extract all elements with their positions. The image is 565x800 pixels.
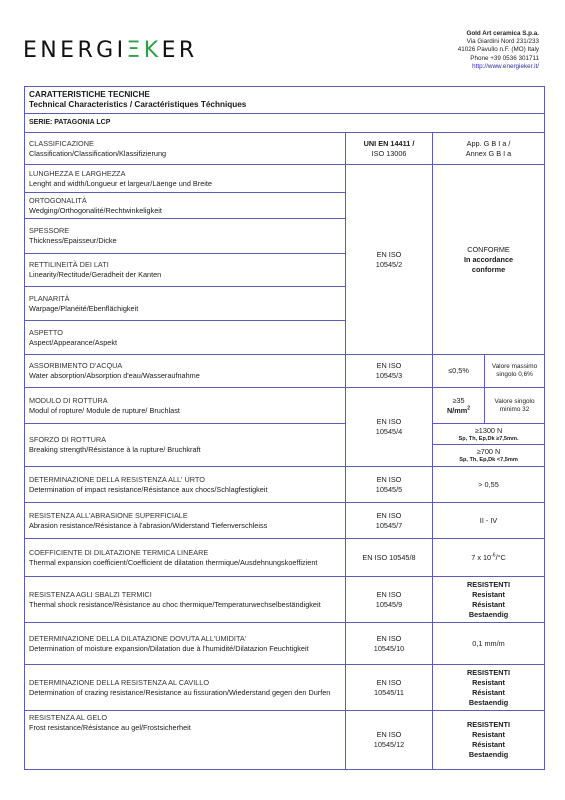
value-cell: RESISTENTIResistantRésistantBestaendig — [433, 577, 545, 623]
title-it: CARATTERISTICHE TECNICHE — [29, 90, 540, 101]
norm-cell: EN ISO10545/2 — [346, 165, 433, 355]
value-cell: II - IV — [433, 503, 545, 539]
logo-accent: ΞK — [126, 38, 161, 63]
company-phone: Phone +39 0536 301711 — [458, 55, 539, 63]
table-row: ASSORBIMENTO D'ACQUAWater absorption/Abs… — [25, 355, 545, 388]
value-cell: ≤0,5% — [433, 355, 485, 388]
table-row: CLASSIFICAZIONEClassification/Classifica… — [25, 133, 545, 165]
note-cell: Valore singolo minimo 32 — [485, 388, 545, 424]
property-cell: MODULO DI ROTTURAModul of ropture/ Modul… — [25, 388, 346, 424]
property-cell: RETTILINEITÀ DEI LATILinearity/Rectitude… — [25, 254, 346, 287]
norm-cell: EN ISO10545/12 — [346, 711, 433, 770]
value-cell: ≥35N/mm2 — [433, 388, 485, 424]
norm-cell: UNI EN 14411 /ISO 13006 — [346, 133, 433, 165]
table-title: CARATTERISTICHE TECNICHE Technical Chara… — [25, 87, 545, 114]
property-cell: CLASSIFICAZIONEClassification/Classifica… — [25, 133, 346, 165]
property-cell: LUNGHEZZA E LARGHEZZALenght and width/Lo… — [25, 165, 346, 193]
table-row: RESISTENZA AL GELOFrost resistance/Résis… — [25, 711, 545, 770]
table-row: SFORZO DI ROTTURABreaking strength/Résis… — [25, 424, 545, 445]
norm-cell: EN ISO10545/10 — [346, 623, 433, 665]
table-row: LUNGHEZZA E LARGHEZZALenght and width/Lo… — [25, 165, 545, 193]
property-cell: ASPETTOAspect/Appearance/Aspekt — [25, 321, 346, 355]
logo-text-suffix: ER — [162, 38, 198, 63]
norm-cell: EN ISO10545/3 — [346, 355, 433, 388]
value-cell: RESISTENTIResistantRésistantBestaendig — [433, 665, 545, 711]
value-cell: CONFORME In accordance conforme — [433, 165, 545, 355]
property-cell: RESISTENZA AGLI SBALZI TERMICIThermal sh… — [25, 577, 346, 623]
norm-cell: EN ISO10545/11 — [346, 665, 433, 711]
property-cell: PLANARITÀWarpage/Planéité/Ebenflächigkei… — [25, 287, 346, 321]
company-city: 41026 Pavullo n.F. (MO) Italy — [458, 46, 539, 54]
norm-cell: EN ISO10545/7 — [346, 503, 433, 539]
table-row: RESISTENZA ALL'ABRASIONE SUPERFICIALEAbr… — [25, 503, 545, 539]
property-cell: RESISTENZA AL GELOFrost resistance/Résis… — [25, 711, 346, 770]
table-row: DETERMINAZIONE DELLA RESISTENZA AL CAVIL… — [25, 665, 545, 711]
value-cell: > 0,55 — [433, 467, 545, 503]
value-cell: RESISTENTIResistantRésistantBestaendig — [433, 711, 545, 770]
table-row: DETERMINAZIONE DELLA DILATAZIONE DOVUTA … — [25, 623, 545, 665]
brand-logo: ENERGIΞKER — [23, 38, 198, 63]
property-cell: SPESSOREThickness/Epaisseur/Dicke — [25, 219, 346, 254]
property-cell: COEFFICIENTE DI DILATAZIONE TERMICA LINE… — [25, 539, 346, 577]
table-row: COEFFICIENTE DI DILATAZIONE TERMICA LINE… — [25, 539, 545, 577]
value-cell: App. G B I a /Annex G B I a — [433, 133, 545, 165]
norm-cell: EN ISO 10545/8 — [346, 539, 433, 577]
company-address: Via Giardini Nord 231/233 — [458, 38, 539, 46]
table-row: RESISTENZA AGLI SBALZI TERMICIThermal sh… — [25, 577, 545, 623]
table-row: MODULO DI ROTTURAModul of ropture/ Modul… — [25, 388, 545, 424]
value-cell: ≥700 NSp, Th, Ep,Dk <7,5mm — [433, 445, 545, 467]
serie-label: SERIE: PATAGONIA LCP — [25, 114, 545, 133]
title-en: Technical Characteristics / Caractéristi… — [29, 100, 540, 111]
norm-cell: EN ISO10545/4 — [346, 388, 433, 467]
company-name: Gold Art ceramica S.p.a. — [458, 30, 539, 38]
logo-text: ENERGI — [23, 38, 126, 63]
property-cell: SFORZO DI ROTTURABreaking strength/Résis… — [25, 424, 346, 467]
norm-cell: EN ISO10545/5 — [346, 467, 433, 503]
value-cell: 0,1 mm/m — [433, 623, 545, 665]
note-cell: Valore massimo singolo 0,6% — [485, 355, 545, 388]
property-cell: DETERMINAZIONE DELLA DILATAZIONE DOVUTA … — [25, 623, 346, 665]
property-cell: ASSORBIMENTO D'ACQUAWater absorption/Abs… — [25, 355, 346, 388]
property-cell: DETERMINAZIONE DELLA RESISTENZA AL CAVIL… — [25, 665, 346, 711]
property-cell: DETERMINAZIONE DELLA RESISTENZA ALL' URT… — [25, 467, 346, 503]
technical-characteristics-table: CARATTERISTICHE TECNICHE Technical Chara… — [24, 86, 545, 770]
property-cell: RESISTENZA ALL'ABRASIONE SUPERFICIALEAbr… — [25, 503, 346, 539]
company-website-link[interactable]: http://www.energieker.it/ — [458, 63, 539, 71]
table-row: DETERMINAZIONE DELLA RESISTENZA ALL' URT… — [25, 467, 545, 503]
norm-cell: EN ISO10545/9 — [346, 577, 433, 623]
value-cell: ≥1300 NSp, Th, Ep,Dk ≥7,5mm. — [433, 424, 545, 445]
value-cell: 7 x 10-6/°C — [433, 539, 545, 577]
company-info: Gold Art ceramica S.p.a. Via Giardini No… — [458, 30, 539, 71]
property-cell: ORTOGONALITÀWedging/Orthogonalité/Rechtw… — [25, 193, 346, 219]
